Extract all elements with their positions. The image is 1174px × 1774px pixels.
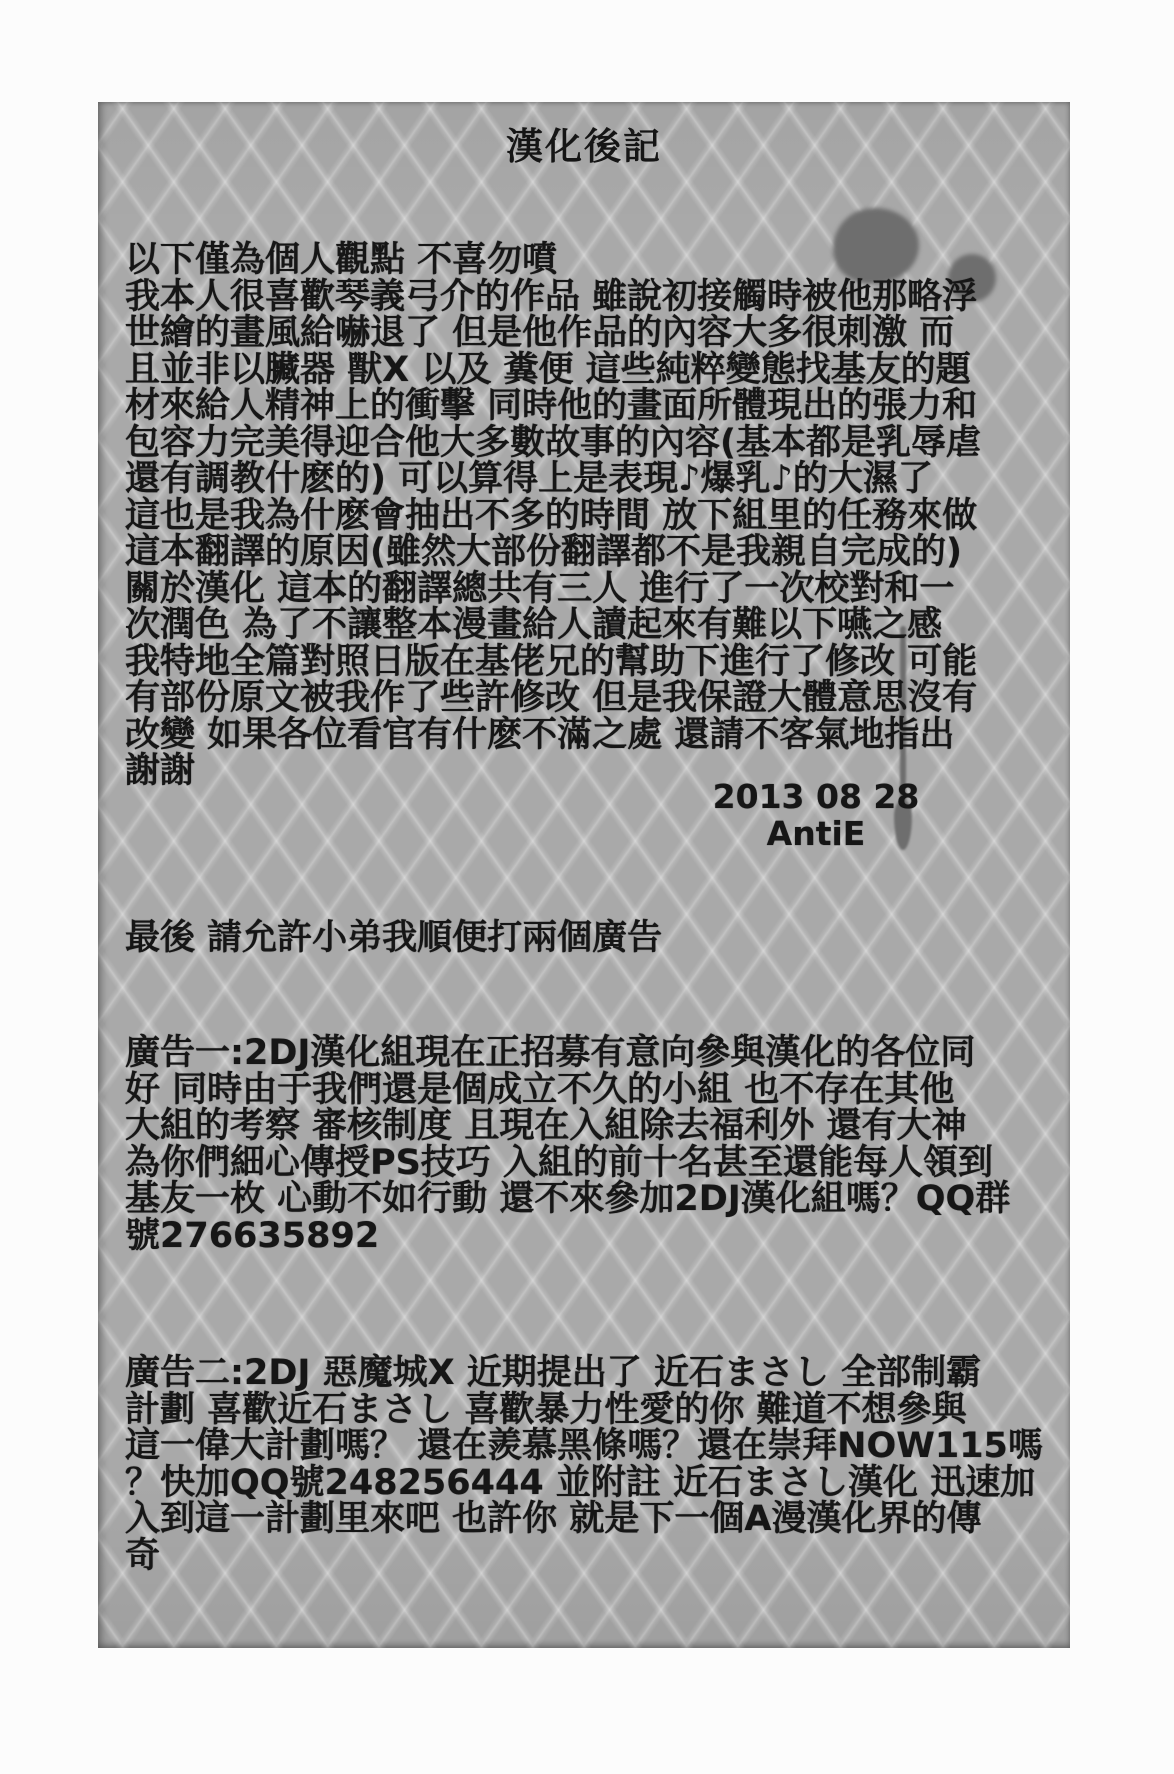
text-line: 號276635892 xyxy=(125,1218,1010,1255)
text-line: 大組的考察 審核制度 且現在入組除去福利外 還有大神 xyxy=(125,1108,1010,1145)
text-line: 材來給人精神上的衝擊 同時他的畫面所體現出的張力和 xyxy=(125,388,981,425)
signature-block: 2013 08 28 AntiE xyxy=(706,778,926,852)
text-line: 我特地全篇對照日版在基佬兄的幫助下進行了修改 可能 xyxy=(125,644,981,681)
text-line: 我本人很喜歡琴義弓介的作品 雖說初接觸時被他那略浮 xyxy=(125,279,981,316)
scanned-page: 漢化後記 以下僅為個人觀點 不喜勿噴 我本人很喜歡琴義弓介的作品 雖說初接觸時被… xyxy=(98,102,1070,1648)
text-line: 有部份原文被我作了些許修改 但是我保證大體意思沒有 xyxy=(125,680,981,717)
advertisement-1-paragraph: 廣告一:2DJ漢化組現在正招募有意向參與漢化的各位同 好 同時由于我們還是個成立… xyxy=(125,1035,1010,1254)
text-line: 好 同時由于我們還是個成立不久的小組 也不存在其他 xyxy=(125,1072,1010,1109)
page-title: 漢化後記 xyxy=(98,126,1070,168)
text-line: 改變 如果各位看官有什麽不滿之處 還請不客氣地指出 xyxy=(125,717,981,754)
scan-image: { "colors": { "paper_margin": "#fcfcfc",… xyxy=(0,0,1174,1774)
text-line: 基友一枚 心動不如行動 還不來參加2DJ漢化組嗎？QQ群 xyxy=(125,1181,1010,1218)
afterword-paragraph: 以下僅為個人觀點 不喜勿噴 我本人很喜歡琴義弓介的作品 雖說初接觸時被他那略浮 … xyxy=(125,242,981,790)
text-line: 為你們細心傳授PS技巧 入組的前十名甚至還能每人領到 xyxy=(125,1145,1010,1182)
text-line: 次潤色 為了不讓整本漫畫給人讀起來有難以下嚥之感 xyxy=(125,607,981,644)
text-line: 世繪的畫風給嚇退了 但是他作品的內容大多很刺激 而 xyxy=(125,315,981,352)
text-line: 入到這一計劃里來吧 也許你 就是下一個A漫漢化界的傳 xyxy=(125,1501,1043,1538)
advertisement-2-paragraph: 廣告二:2DJ 惡魔城X 近期提出了 近石まさし 全部制霸 計劃 喜歡近石まさし… xyxy=(125,1355,1043,1574)
text-line: 奇 xyxy=(125,1538,1043,1575)
text-line: 這也是我為什麽會抽出不多的時間 放下組里的任務來做 xyxy=(125,498,981,535)
signature-text: AntiE xyxy=(706,815,926,852)
text-line: 廣告二:2DJ 惡魔城X 近期提出了 近石まさし 全部制霸 xyxy=(125,1355,1043,1392)
text-line: 還有調教什麽的) 可以算得上是表現♪爆乳♪的大濕了 xyxy=(125,461,981,498)
text-line: 包容力完美得迎合他大多數故事的內容(基本都是乳辱虐 xyxy=(125,425,981,462)
text-line: 且並非以臟器 獸X 以及 糞便 這些純粹變態找基友的題 xyxy=(125,352,981,389)
text-line: 以下僅為個人觀點 不喜勿噴 xyxy=(125,242,981,279)
date-text: 2013 08 28 xyxy=(706,778,926,815)
text-line: 廣告一:2DJ漢化組現在正招募有意向參與漢化的各位同 xyxy=(125,1035,1010,1072)
text-line: ？快加QQ號248256444 並附註 近石まさし漢化 迅速加 xyxy=(125,1465,1043,1502)
text-line: 關於漢化 這本的翻譯總共有三人 進行了一次校對和一 xyxy=(125,571,981,608)
ads-intro-line: 最後 請允許小弟我順便打兩個廣告 xyxy=(125,920,662,957)
text-line: 這本翻譯的原因(雖然大部份翻譯都不是我親自完成的) xyxy=(125,534,981,571)
text-line: 計劃 喜歡近石まさし 喜歡暴力性愛的你 難道不想參與 xyxy=(125,1392,1043,1429)
text-line: 這一偉大計劃嗎？ 還在羨慕黑條嗎？還在崇拜NOW115嗎 xyxy=(125,1428,1043,1465)
